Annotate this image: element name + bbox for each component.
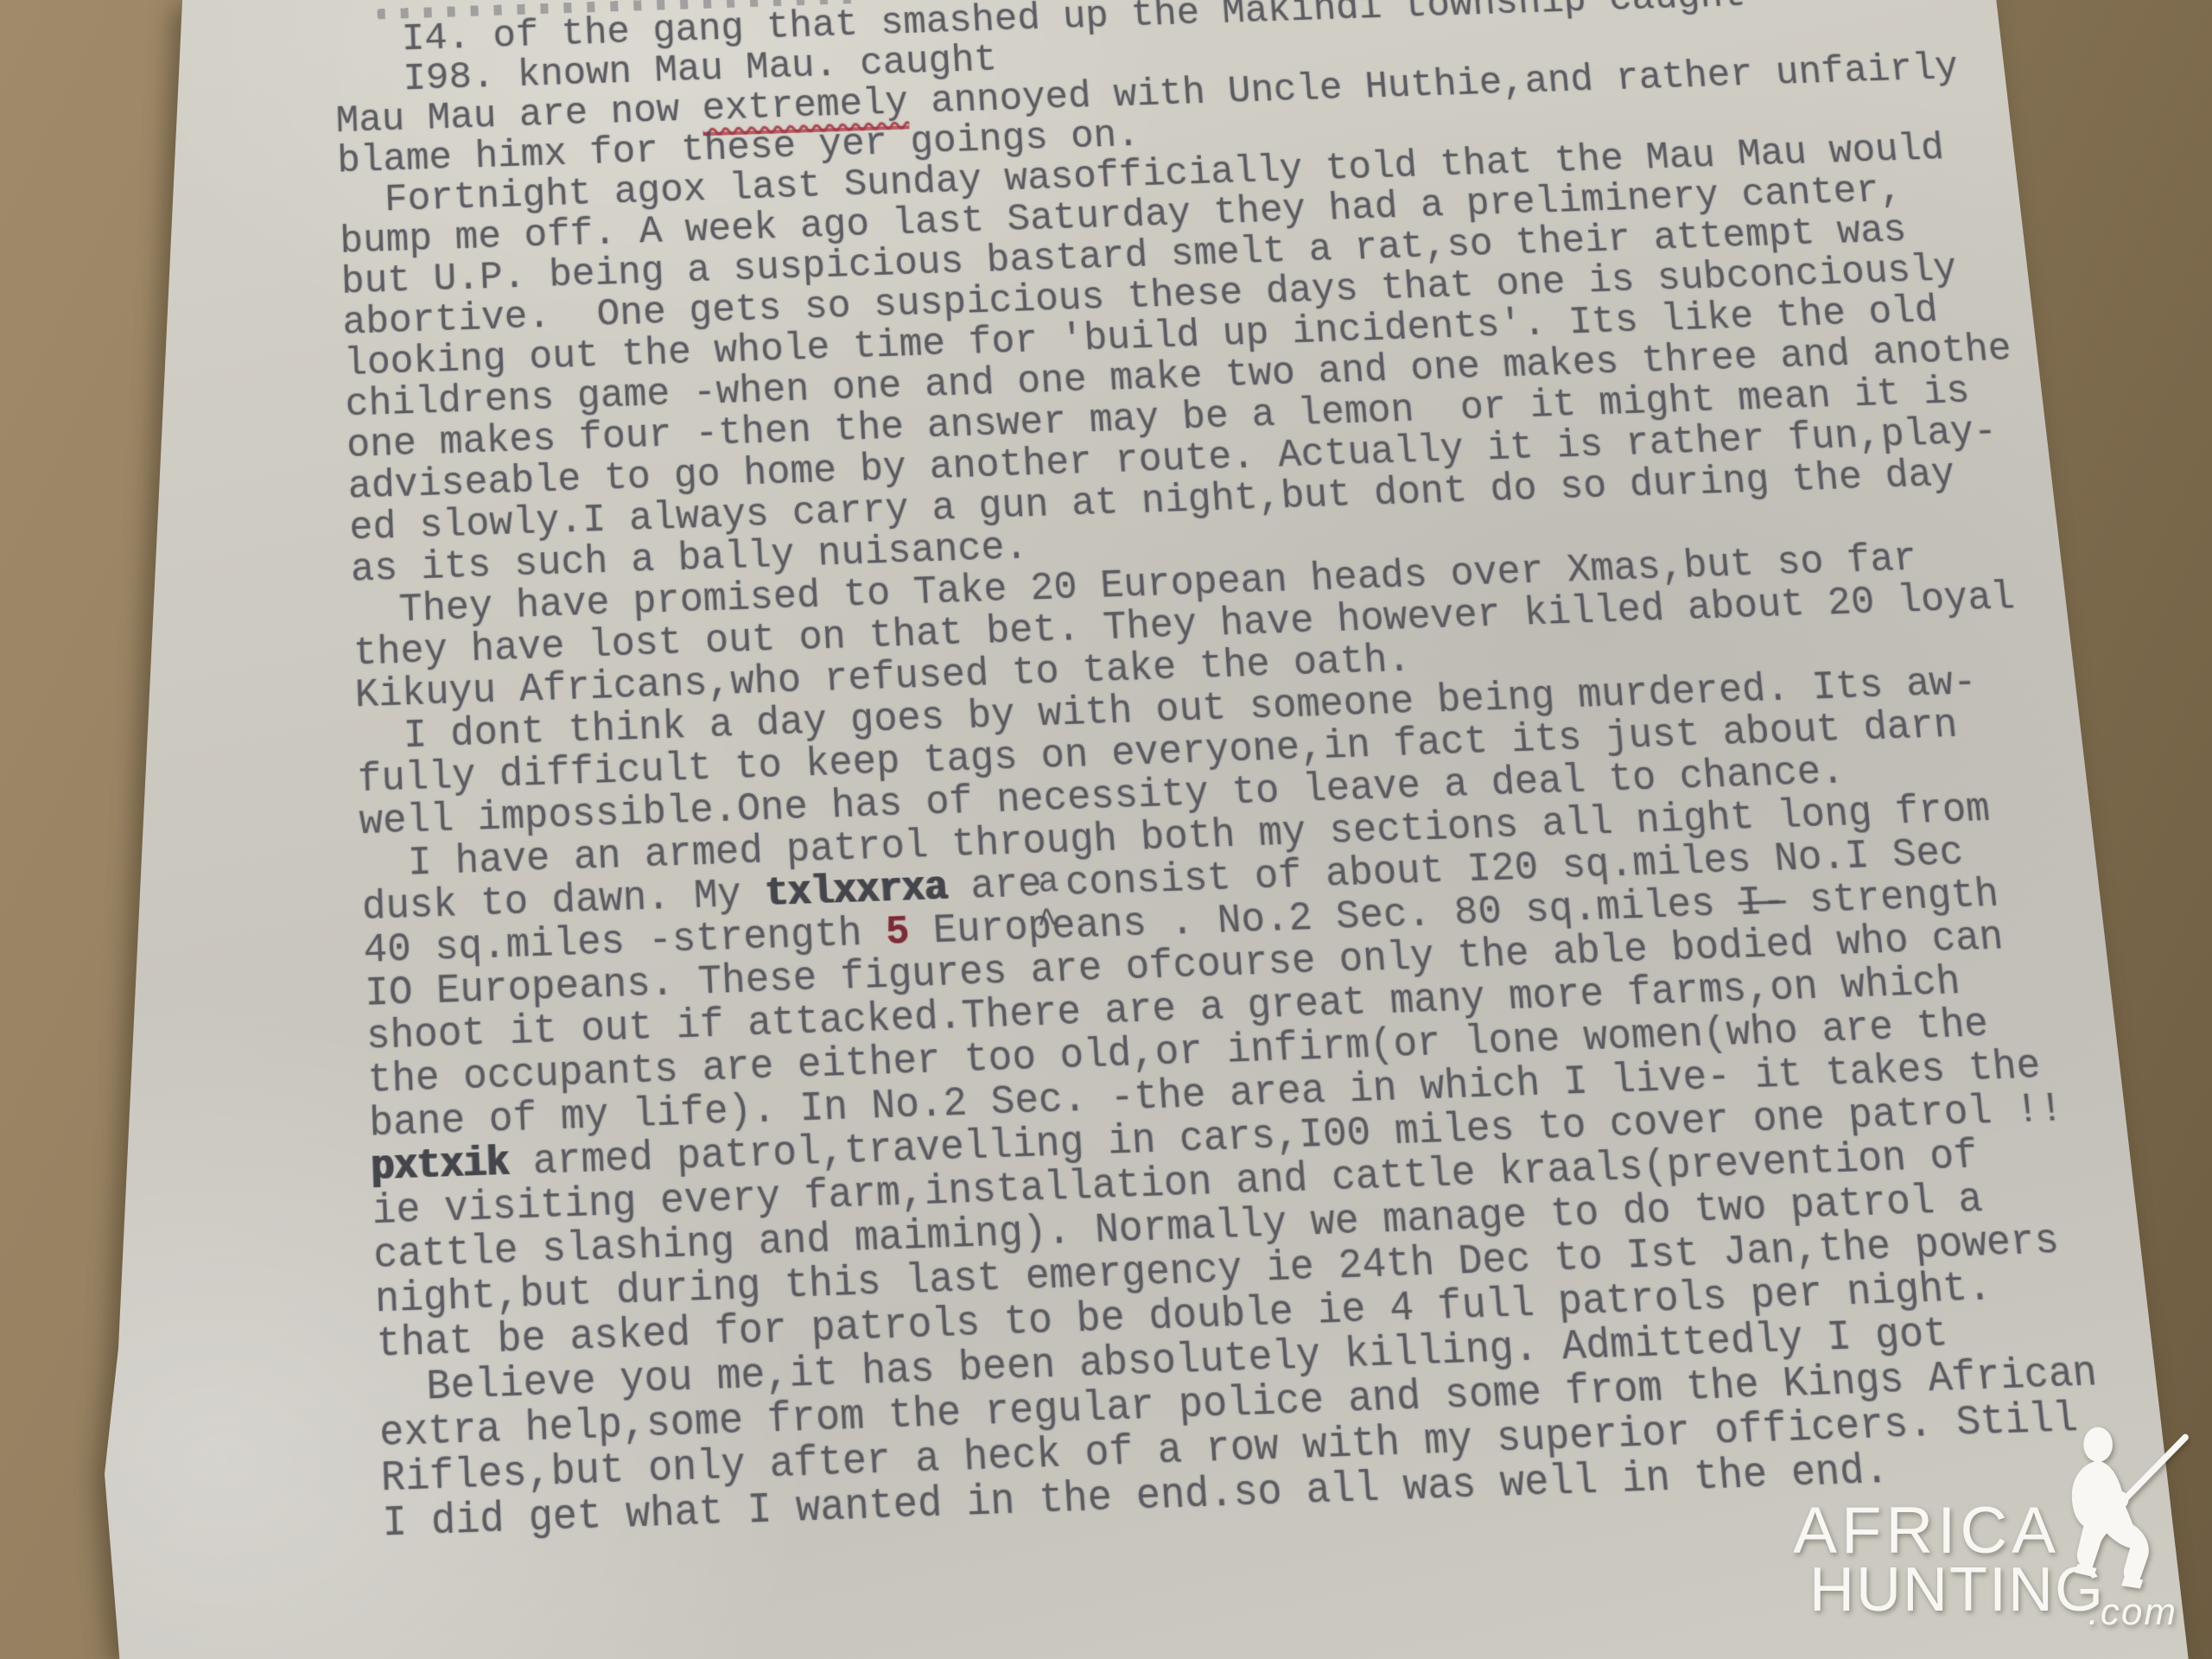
watermark-africa-text: AFRICA — [1793, 1498, 2060, 1564]
typed-segment: are — [946, 861, 1044, 912]
red-ink-number: 5 — [885, 909, 911, 957]
struck-word: I- — [1736, 879, 1788, 927]
typed-text-block: I4. of the gang that smashed up the Maki… — [333, 0, 2133, 1547]
paper-sheet: I4. of the gang that smashed up the Maki… — [0, 0, 2212, 1659]
paper-shadow-wrap: I4. of the gang that smashed up the Maki… — [0, 0, 2212, 1659]
photo-of-typewritten-letter: { "document": { "kind": "typewritten let… — [0, 0, 2212, 1659]
watermark: AFRICA HUNTING .com — [1714, 1434, 2198, 1633]
hunter-silhouette-icon — [2043, 1426, 2191, 1600]
